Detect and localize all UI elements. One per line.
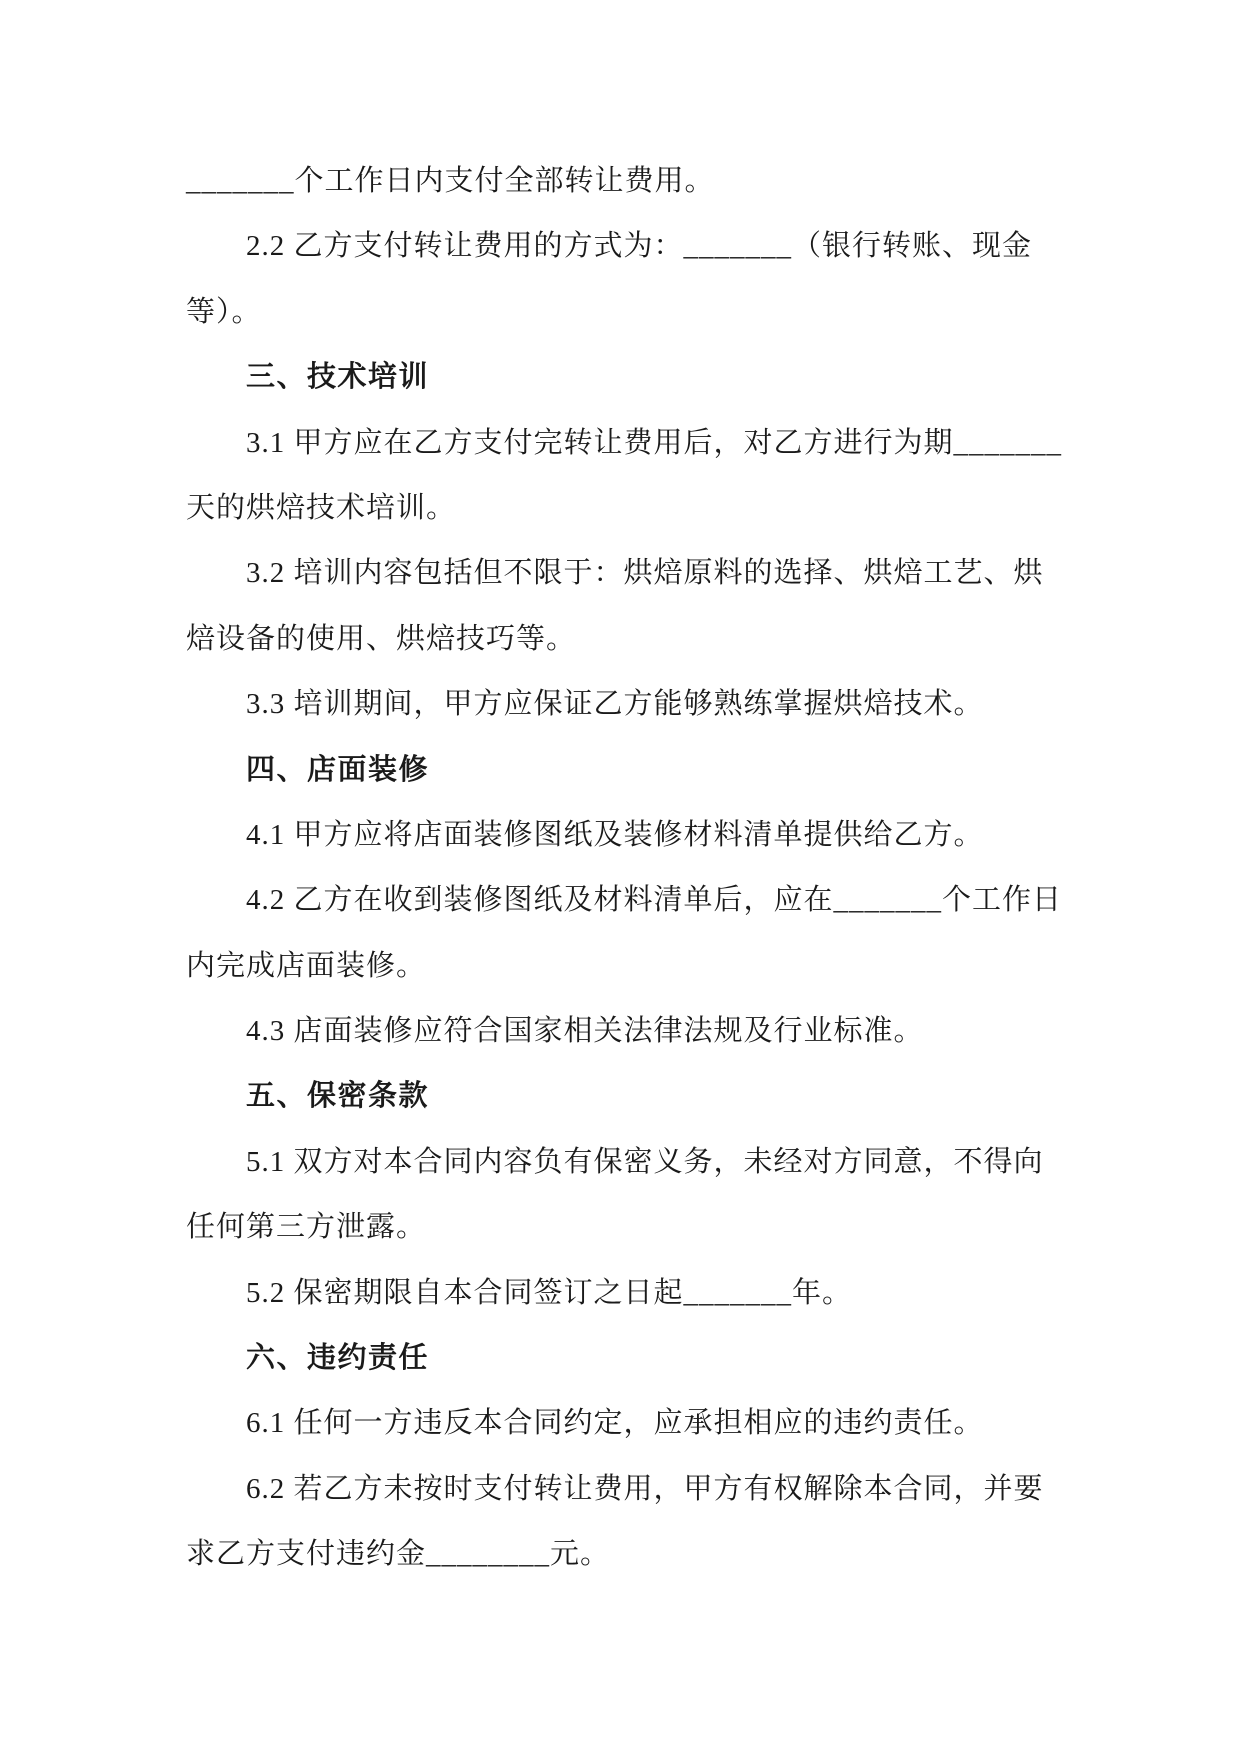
clause-3-2-cont: 焙设备的使用、烘焙技巧等。 (186, 607, 1126, 672)
section-heading-3: 三、技术培训 (186, 345, 1126, 410)
clause-4-2: 4.2 乙方在收到装修图纸及材料清单后，应在_______个工作日 (186, 868, 1126, 933)
contract-body: _______个工作日内支付全部转让费用。 2.2 乙方支付转让费用的方式为：_… (186, 149, 1126, 1588)
clause-5-1-cont: 任何第三方泄露。 (186, 1195, 1126, 1260)
clause-6-2-cont: 求乙方支付违约金________元。 (186, 1522, 1126, 1587)
clause-fee-payment-cont: _______个工作日内支付全部转让费用。 (186, 149, 1126, 214)
clause-4-2-cont: 内完成店面装修。 (186, 934, 1126, 999)
clause-3-1-cont: 天的烘焙技术培训。 (186, 476, 1126, 541)
clause-2-2: 2.2 乙方支付转让费用的方式为：_______（银行转账、现金 (186, 214, 1126, 279)
clause-3-2: 3.2 培训内容包括但不限于：烘焙原料的选择、烘焙工艺、烘 (186, 541, 1126, 606)
document-page: _______个工作日内支付全部转让费用。 2.2 乙方支付转让费用的方式为：_… (0, 0, 1240, 1753)
section-heading-4: 四、店面装修 (186, 738, 1126, 803)
clause-6-2: 6.2 若乙方未按时支付转让费用，甲方有权解除本合同，并要 (186, 1457, 1126, 1522)
section-heading-6: 六、违约责任 (186, 1326, 1126, 1391)
clause-6-1: 6.1 任何一方违反本合同约定，应承担相应的违约责任。 (186, 1391, 1126, 1456)
clause-5-2: 5.2 保密期限自本合同签订之日起_______年。 (186, 1261, 1126, 1326)
clause-3-1: 3.1 甲方应在乙方支付完转让费用后，对乙方进行为期_______ (186, 411, 1126, 476)
clause-2-2-cont: 等）。 (186, 280, 1126, 345)
clause-4-3: 4.3 店面装修应符合国家相关法律法规及行业标准。 (186, 999, 1126, 1064)
clause-5-1: 5.1 双方对本合同内容负有保密义务，未经对方同意，不得向 (186, 1130, 1126, 1195)
clause-4-1: 4.1 甲方应将店面装修图纸及装修材料清单提供给乙方。 (186, 803, 1126, 868)
section-heading-5: 五、保密条款 (186, 1064, 1126, 1129)
clause-3-3: 3.3 培训期间，甲方应保证乙方能够熟练掌握烘焙技术。 (186, 672, 1126, 737)
